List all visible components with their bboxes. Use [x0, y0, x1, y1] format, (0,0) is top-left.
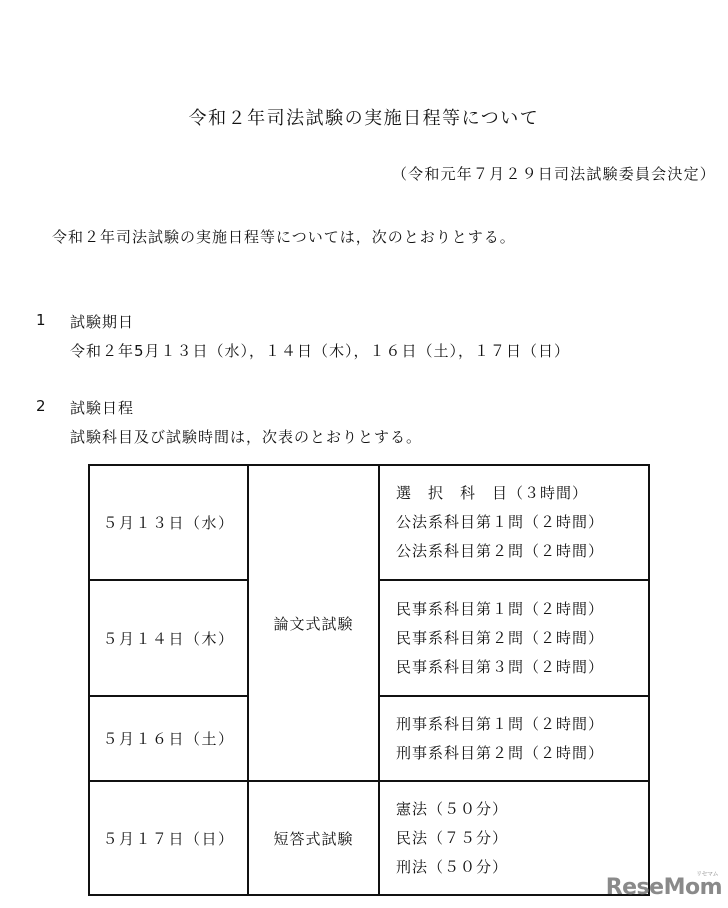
section-2-heading: 試験日程	[70, 397, 134, 418]
table-cell-date: ５月１３日（水）	[90, 466, 249, 581]
section-1-number: 1	[36, 311, 46, 329]
date-label: ５月１３日（水）	[102, 512, 234, 533]
subject-item: 民事系科目第３問（２時間）	[396, 653, 604, 682]
table-cell-subjects: 選 択 科 目（３時間） 公法系科目第１問（２時間） 公法系科目第２問（２時間）	[380, 466, 648, 581]
subject-item: 刑事系科目第１問（２時間）	[396, 710, 604, 739]
date-label: ５月１４日（木）	[102, 628, 234, 649]
section-1-body: 令和２年5月１３日（水），１４日（木），１６日（土），１７日（日）	[70, 340, 570, 361]
table-cell-exam-type-essay: 論文式試験	[249, 466, 380, 782]
watermark-text: ReseMom	[606, 875, 722, 900]
section-2-number: 2	[36, 397, 46, 415]
date-label: ５月１６日（土）	[102, 728, 234, 749]
exam-type-label: 短答式試験	[273, 828, 353, 849]
intro-text: 令和２年司法試験の実施日程等については，次のとおりとする。	[52, 226, 516, 247]
table-cell-date: ５月１６日（土）	[90, 697, 249, 782]
resemom-watermark-logo: リセマム ReseMom	[606, 875, 722, 900]
date-label: ５月１７日（日）	[102, 828, 234, 849]
document-title: 令和２年司法試験の実施日程等について	[0, 104, 728, 130]
schedule-table: ５月１３日（水） 選 択 科 目（３時間） 公法系科目第１問（２時間） 公法系科…	[88, 464, 650, 896]
subject-item: 民法（７５分）	[396, 824, 508, 853]
section-1-heading: 試験期日	[70, 311, 134, 332]
table-cell-exam-type-short-answer: 短答式試験	[249, 782, 380, 894]
subject-item: 民事系科目第２問（２時間）	[396, 624, 604, 653]
subject-item: 民事系科目第１問（２時間）	[396, 595, 604, 624]
subject-item: 刑事系科目第２問（２時間）	[396, 739, 604, 768]
subject-item: 刑法（５０分）	[396, 853, 508, 882]
subject-item: 憲法（５０分）	[396, 795, 508, 824]
table-cell-date: ５月１４日（木）	[90, 581, 249, 697]
table-cell-subjects: 刑事系科目第１問（２時間） 刑事系科目第２問（２時間）	[380, 697, 648, 782]
table-cell-subjects: 民事系科目第１問（２時間） 民事系科目第２問（２時間） 民事系科目第３問（２時間…	[380, 581, 648, 697]
section-2-body: 試験科目及び試験時間は，次表のとおりとする。	[70, 426, 422, 447]
subject-item: 公法系科目第２問（２時間）	[396, 537, 604, 566]
decision-note: （令和元年７月２９日司法試験委員会決定）	[392, 163, 716, 184]
subject-item: 選 択 科 目（３時間）	[396, 479, 588, 508]
table-cell-date: ５月１７日（日）	[90, 782, 249, 894]
watermark-ruby: リセマム	[696, 869, 718, 878]
exam-type-label: 論文式試験	[273, 613, 353, 634]
subject-item: 公法系科目第１問（２時間）	[396, 508, 604, 537]
